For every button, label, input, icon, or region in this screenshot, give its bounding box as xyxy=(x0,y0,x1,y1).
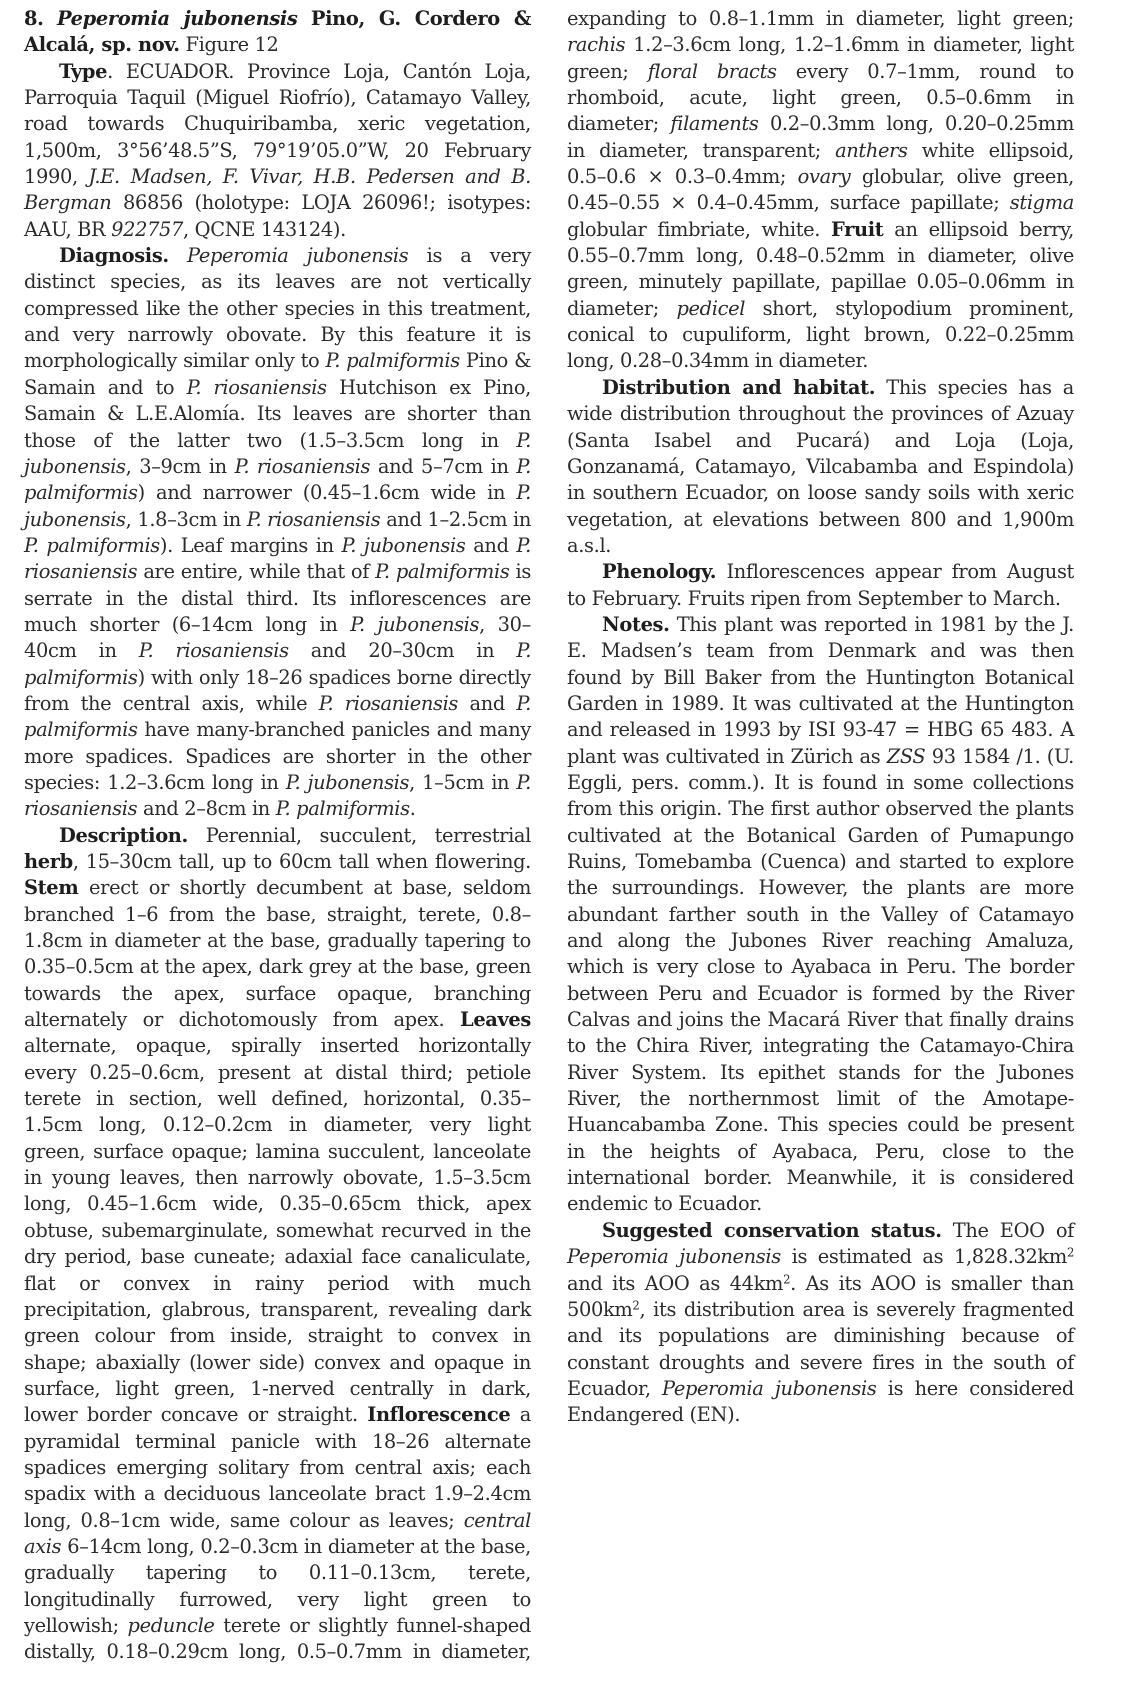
diagnosis-body: Peperomia jubonensis is a very distinct … xyxy=(24,244,531,820)
text-run: , 1.8–3cm in xyxy=(126,508,247,531)
italic-term: Peperomia jubonensis xyxy=(187,244,408,267)
text-run: ). Leaf margins in xyxy=(160,534,342,557)
notes-label: Notes. xyxy=(602,613,670,636)
type-text: , QCNE 143124). xyxy=(183,218,346,241)
superscript: 2 xyxy=(1067,1246,1074,1260)
diagnosis-label: Diagnosis. xyxy=(59,244,169,267)
conservation-text: The EOO of xyxy=(942,1219,1074,1242)
italic-term: anthers xyxy=(835,139,908,162)
description-label: Description. xyxy=(59,824,188,847)
italic-term: rachis xyxy=(567,33,625,56)
italic-term: floral bracts xyxy=(648,60,777,83)
distribution-text: This species has a wide distribution thr… xyxy=(567,376,1074,557)
distribution-paragraph: Distribution and habitat. This species h… xyxy=(567,375,1074,559)
italic-term: P. riosaniensis xyxy=(139,639,289,662)
bold-term: Fruit xyxy=(831,218,883,241)
italic-term: P. riosaniensis xyxy=(247,508,381,531)
conservation-species: Peperomia jubonensis xyxy=(567,1245,781,1268)
text-run: alternate, opaque, spirally inserted hor… xyxy=(24,1034,531,1426)
italic-term: filaments xyxy=(670,112,758,135)
text-run xyxy=(169,244,187,267)
type-label: Type xyxy=(59,60,107,83)
text-run: Perennial, succulent, terrestrial xyxy=(188,824,531,847)
text-run: ) and narrower (0.45–1.6cm wide in xyxy=(138,481,517,504)
italic-term: peduncle xyxy=(128,1614,215,1637)
italic-term: P. palmiformis xyxy=(24,534,160,557)
conservation-label: Suggested conservation status. xyxy=(602,1219,942,1242)
italic-term: P. riosaniensis xyxy=(319,692,458,715)
notes-zss: ZSS xyxy=(887,745,926,768)
type-paragraph: Type. ECUADOR. Province Loja, Cantón Loj… xyxy=(24,59,531,243)
diagnosis-paragraph: Diagnosis. Peperomia jubonensis is a ver… xyxy=(24,243,531,823)
text-run: , 3–9cm in xyxy=(126,455,235,478)
italic-term: ovary xyxy=(798,165,851,188)
italic-term: P. jubonensis xyxy=(286,771,409,794)
text-run: and 2–8cm in xyxy=(137,797,276,820)
conservation-species: Peperomia jubonensis xyxy=(662,1377,876,1400)
italic-term: stigma xyxy=(1010,191,1074,214)
italic-term: P. riosaniensis xyxy=(187,376,327,399)
bold-term: herb xyxy=(24,850,73,873)
italic-term: P. palmiformis xyxy=(326,349,460,372)
italic-term: P. palmiformis xyxy=(276,797,410,820)
phenology-paragraph: Phenology. Inflorescences appear from Au… xyxy=(567,559,1074,612)
text-run: are entire, while that of xyxy=(137,560,375,583)
italic-term: P. palmiformis xyxy=(375,560,509,583)
notes-text: 93 1584 /1. (U. Eggli, pers. comm.). It … xyxy=(567,745,1074,1216)
notes-paragraph: Notes. This plant was reported in 1981 b… xyxy=(567,612,1074,1218)
conservation-text: and its AOO as 44km xyxy=(567,1272,783,1295)
species-number: 8. xyxy=(24,7,44,30)
bold-term: Stem xyxy=(24,876,78,899)
italic-term: P. riosaniensis xyxy=(235,455,371,478)
text-run: erect or shortly decumbent at base, seld… xyxy=(24,876,531,1031)
italic-term: pedicel xyxy=(676,297,745,320)
bold-term: Leaves xyxy=(460,1008,531,1031)
species-treatment: 8. Peperomia jubonensis Pino, G. Cordero… xyxy=(24,6,1074,1686)
distribution-label: Distribution and habitat. xyxy=(602,376,875,399)
text-run: and xyxy=(458,692,516,715)
figure-reference: Figure 12 xyxy=(186,33,279,56)
species-heading: 8. Peperomia jubonensis Pino, G. Cordero… xyxy=(24,6,531,59)
text-run: . xyxy=(410,797,416,820)
bold-term: Inflorescence xyxy=(367,1403,510,1426)
italic-term: P. jubonensis xyxy=(350,613,479,636)
phenology-label: Phenology. xyxy=(602,560,716,583)
conservation-text: is estimated as 1,828.32km xyxy=(781,1245,1067,1268)
text-run: and xyxy=(465,534,516,557)
italic-term: P. jubonensis xyxy=(341,534,465,557)
text-run: and 1–2.5cm in xyxy=(380,508,531,531)
conservation-paragraph: Suggested conservation status. The EOO o… xyxy=(567,1218,1074,1429)
text-run: and 20–30cm in xyxy=(289,639,517,662)
text-run: , 1–5cm in xyxy=(409,771,516,794)
species-name: Peperomia jubonensis xyxy=(57,7,298,30)
text-run: globular fimbriate, white. xyxy=(567,218,831,241)
text-run: and 5–7cm in xyxy=(370,455,516,478)
text-run: , 15–30cm tall, up to 60cm tall when flo… xyxy=(73,850,531,873)
type-br-number: 922757 xyxy=(111,218,183,241)
